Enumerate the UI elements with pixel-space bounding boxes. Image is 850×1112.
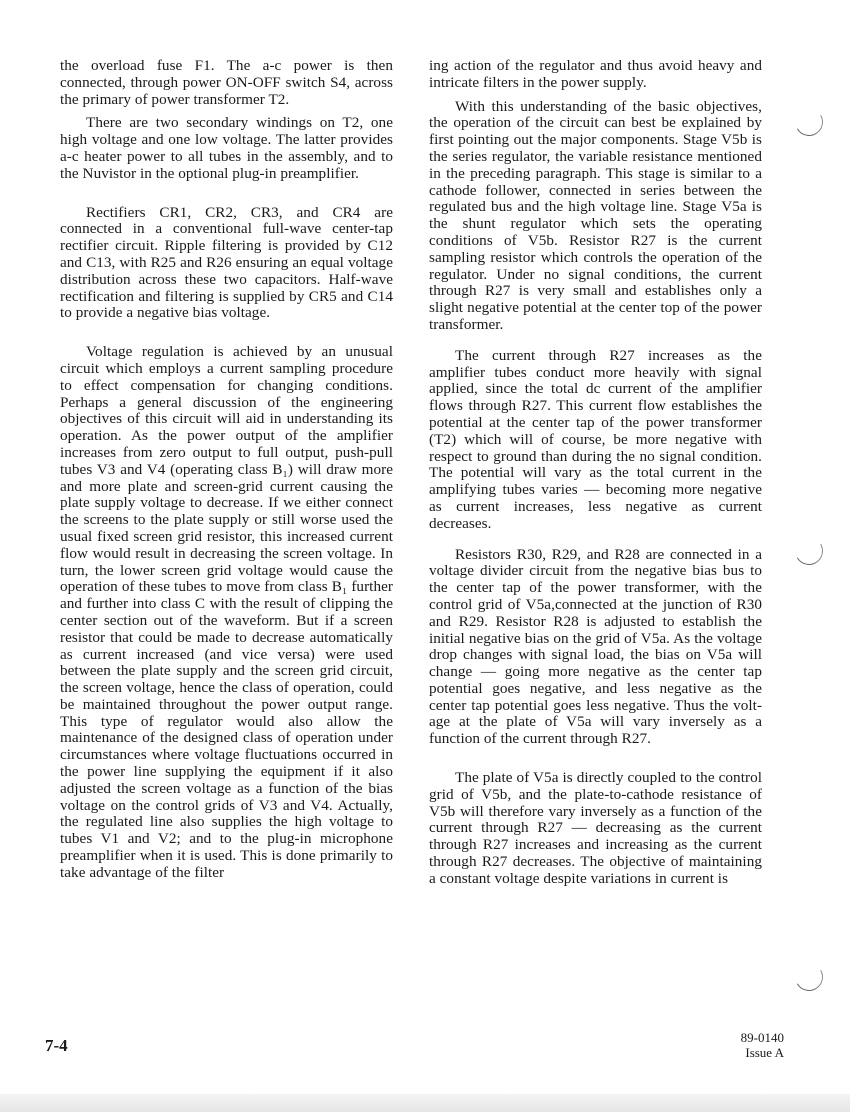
paragraph-secondary-windings: There are two secondary windings on T2, … <box>60 115 393 182</box>
document-page: the overload fuse F1. The a-c power is t… <box>0 0 850 1112</box>
binder-hole-icon <box>792 534 826 568</box>
paragraph-rectifiers: Rectifiers CR1, CR2, CR3, and CR4 are co… <box>60 205 393 323</box>
paragraph-continued-fuse: the overload fuse F1. The a-c power is t… <box>60 58 393 108</box>
paragraph-r27-current: The current through R27 increases as the… <box>429 348 762 533</box>
binder-hole-icon <box>792 105 826 139</box>
paragraph-circuit-components: With this understanding of the basic ob­… <box>429 99 762 334</box>
document-number: 89-0140 <box>700 1030 784 1045</box>
left-text-column: the overload fuse F1. The a-c power is t… <box>60 58 393 896</box>
paragraph-filtering-continued: ing action of the regulator and thus avo… <box>429 58 762 92</box>
paragraph-v5a-coupling: The plate of V5a is directly coupled to … <box>429 770 762 888</box>
right-text-column: ing action of the regulator and thus avo… <box>429 58 762 902</box>
issue-label: Issue A <box>700 1045 784 1060</box>
scan-bottom-edge <box>0 1094 850 1112</box>
page-number: 7-4 <box>45 1036 68 1056</box>
paragraph-voltage-divider: Resistors R30, R29, and R28 are connecte… <box>429 547 762 749</box>
document-id-block: 89-0140 Issue A <box>700 1030 784 1060</box>
binder-hole-icon <box>792 960 826 994</box>
paragraph-voltage-regulation: Voltage regulation is achieved by an un­… <box>60 344 393 882</box>
